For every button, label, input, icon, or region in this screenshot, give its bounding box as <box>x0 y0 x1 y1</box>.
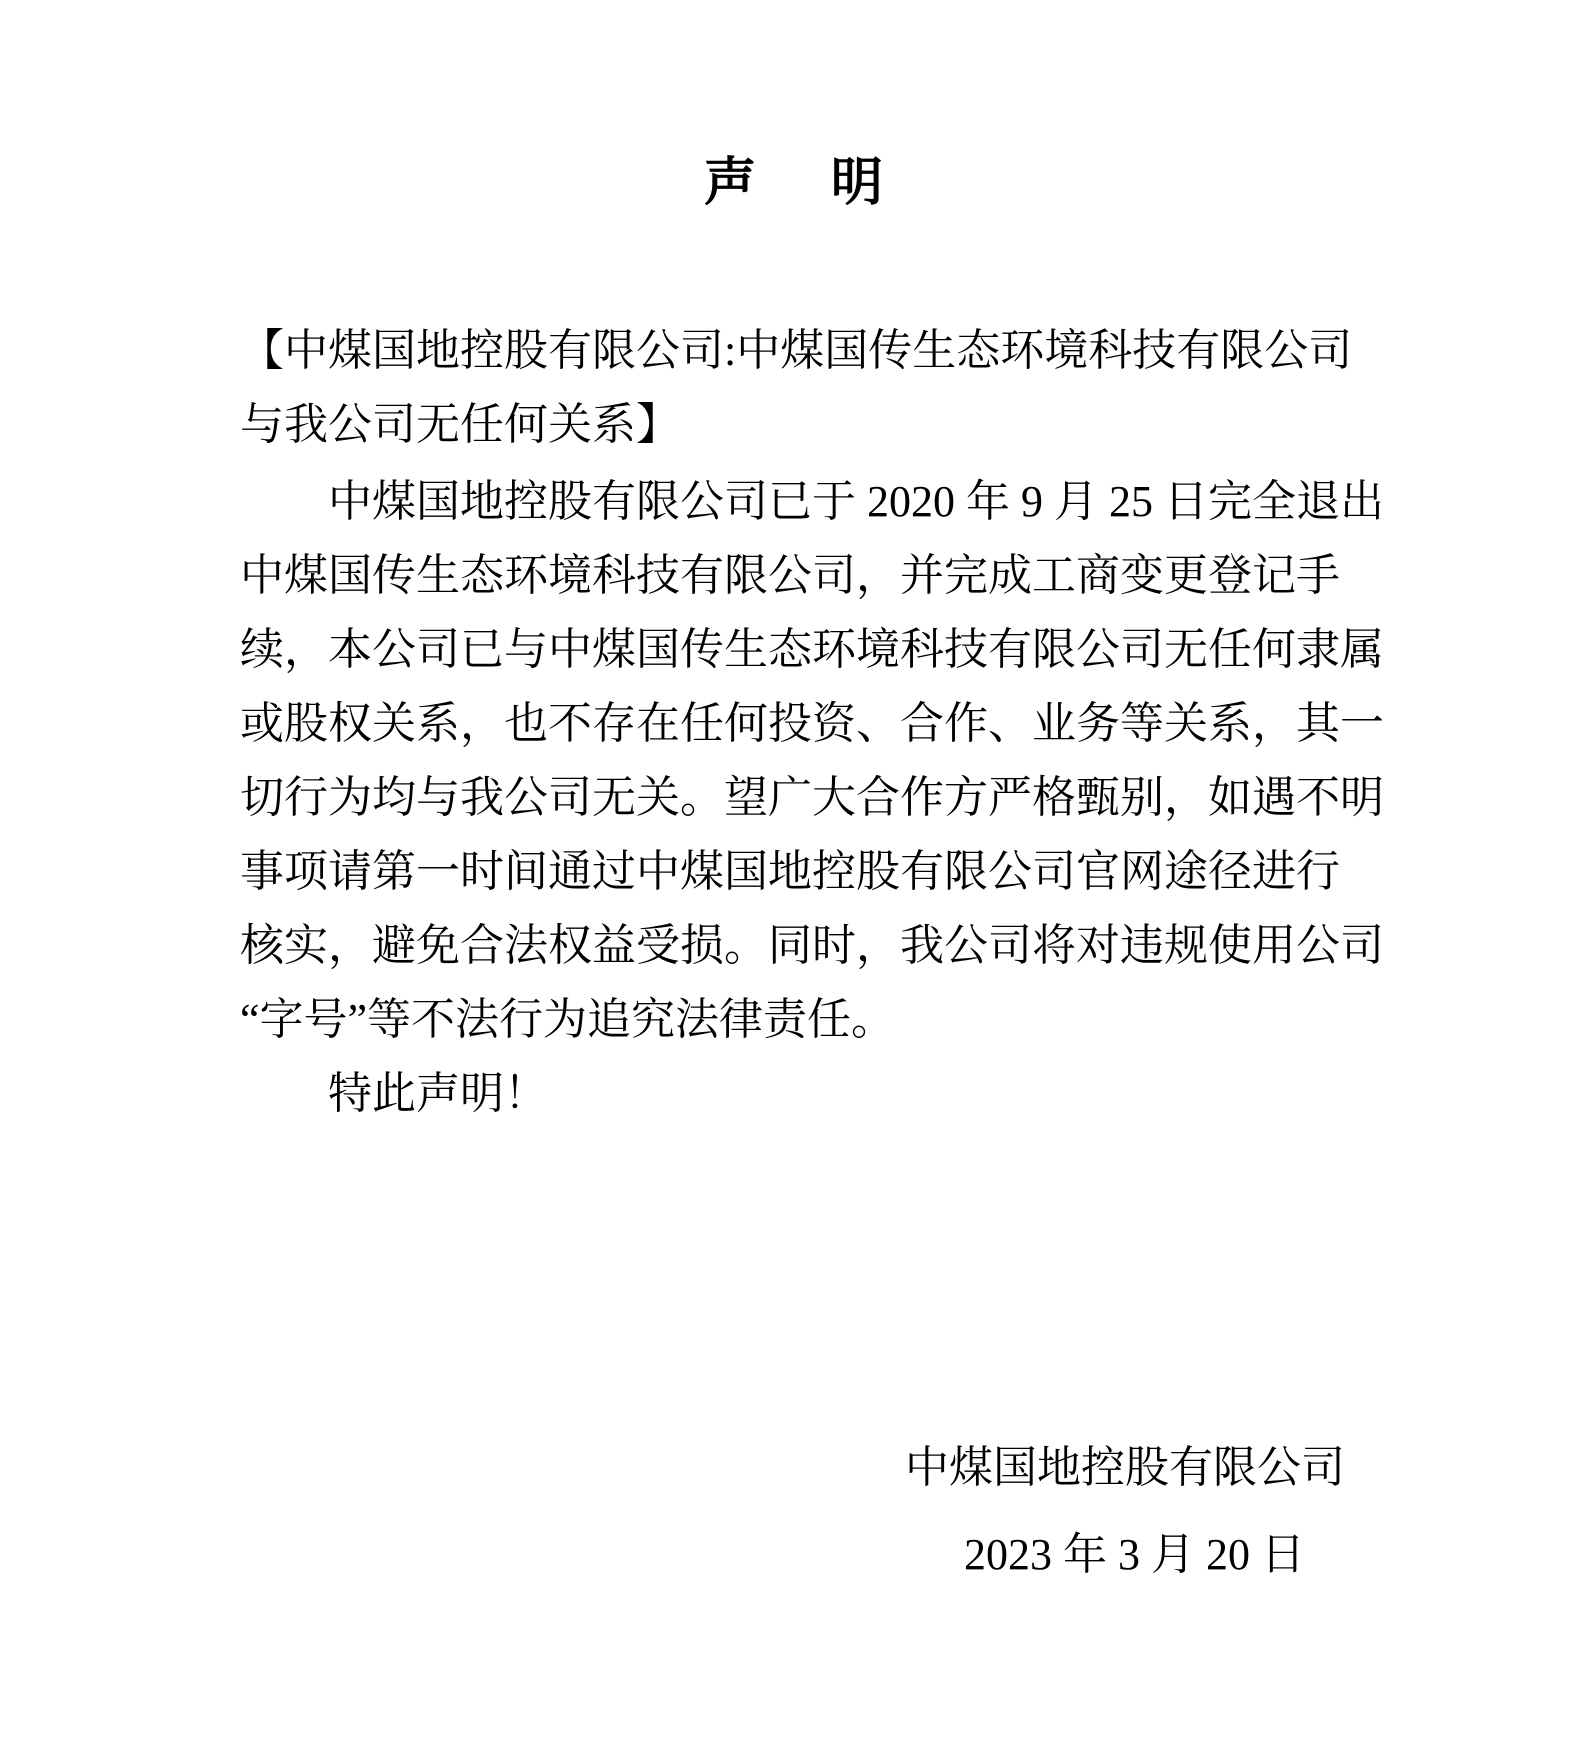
signature-date: 2023 年 3 月 20 日 <box>240 1518 1305 1592</box>
closing-line: 特此声明！ <box>240 1057 1345 1131</box>
body-paragraph: 中煤国地控股有限公司已于 2020 年 9 月 25 日完全退出 中煤国传生态环… <box>240 465 1345 1131</box>
document-title: 声 明 <box>0 0 1587 218</box>
body-line: “字号”等不法行为追究法律责任。 <box>240 983 1345 1057</box>
body-line: 或股权关系，也不存在任何投资、合作、业务等关系，其一 <box>240 687 1345 761</box>
signature-company: 中煤国地控股有限公司 <box>240 1431 1345 1505</box>
body-line: 切行为均与我公司无关。望广大合作方严格甄别，如遇不明 <box>240 761 1345 835</box>
headline-paragraph: 【中煤国地控股有限公司:中煤国传生态环境科技有限公司 与我公司无任何关系】 <box>240 314 1345 462</box>
headline-line: 【中煤国地控股有限公司:中煤国传生态环境科技有限公司 <box>240 314 1345 388</box>
body-line: 核实，避免合法权益受损。同时，我公司将对违规使用公司 <box>240 909 1345 983</box>
body-line: 事项请第一时间通过中煤国地控股有限公司官网途径进行 <box>240 835 1345 909</box>
headline-line: 与我公司无任何关系】 <box>240 388 1345 462</box>
body-line: 中煤国地控股有限公司已于 2020 年 9 月 25 日完全退出 <box>240 465 1345 539</box>
body-line: 中煤国传生态环境科技有限公司，并完成工商变更登记手 <box>240 539 1345 613</box>
signature-block: 中煤国地控股有限公司 2023 年 3 月 20 日 <box>240 1431 1345 1592</box>
document-page: 声 明 【中煤国地控股有限公司:中煤国传生态环境科技有限公司 与我公司无任何关系… <box>0 0 1587 1738</box>
body-line: 续，本公司已与中煤国传生态环境科技有限公司无任何隶属 <box>240 613 1345 687</box>
document-content: 【中煤国地控股有限公司:中煤国传生态环境科技有限公司 与我公司无任何关系】 中煤… <box>240 314 1345 1592</box>
